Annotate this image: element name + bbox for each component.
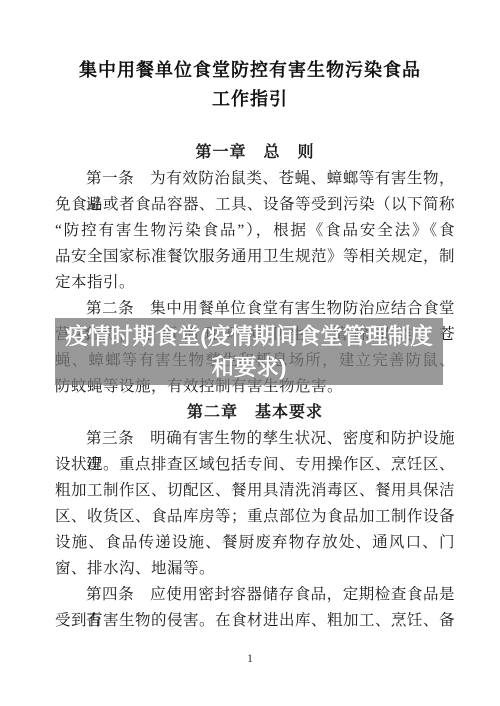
document-line: 设状况。重点排查区域包括专间、专用操作区、烹饪区、 <box>55 452 455 478</box>
document-title-line-1: 集中用餐单位食堂防控有害生物污染食品 <box>0 56 500 85</box>
watermark-text-line-2: 和要求) <box>212 352 287 383</box>
document-line: 第四条 应使用密封容器储存食品，定期检查食品是否 <box>55 582 455 608</box>
document-line: 设施、食品传递设施、餐厨废弃物存放处、通风口、门 <box>55 530 455 556</box>
document-line: 定本指引。 <box>55 270 455 296</box>
document-line: 品安全国家标准餐饮服务通用卫生规范》等相关规定，制 <box>55 244 455 270</box>
document-page: 集中用餐单位食堂防控有害生物污染食品 工作指引 第一章 总 则第一条 为有效防治… <box>0 0 500 706</box>
watermark-overlay: 疫情时期食堂(疫情期间食堂管理制度 和要求) <box>55 318 443 385</box>
document-body: 第一章 总 则第一条 为有效防治鼠类、苍蝇、蟑螂等有害生物，避免食品或者食品容器… <box>55 140 455 634</box>
document-line: 粗加工制作区、切配区、餐用具清洗消毒区、餐用具保洁 <box>55 478 455 504</box>
document-line: 第一章 总 则 <box>55 140 455 166</box>
document-line: 第三条 明确有害生物的孳生状况、密度和防护设施建 <box>55 426 455 452</box>
document-line: 第二章 基本要求 <box>55 400 455 426</box>
document-line: “防控有害生物污染食品”），根据《食品安全法》《食 <box>55 218 455 244</box>
watermark-text-line-1: 疫情时期食堂(疫情期间食堂管理制度 <box>65 321 433 352</box>
document-line: 免食品或者食品容器、工具、设备等受到污染（以下简称 <box>55 192 455 218</box>
document-title-line-2: 工作指引 <box>0 85 500 114</box>
document-line: 区、收货区、食品库房等；重点部位为食品加工制作设备 <box>55 504 455 530</box>
page-number: 1 <box>0 651 500 666</box>
document-line: 第一条 为有效防治鼠类、苍蝇、蟑螂等有害生物，避 <box>55 166 455 192</box>
document-line: 受到有害生物的侵害。在食材进出库、粗加工、烹饪、备 <box>55 608 455 634</box>
document-title: 集中用餐单位食堂防控有害生物污染食品 工作指引 <box>0 56 500 114</box>
document-line: 窗、排水沟、地漏等。 <box>55 556 455 582</box>
